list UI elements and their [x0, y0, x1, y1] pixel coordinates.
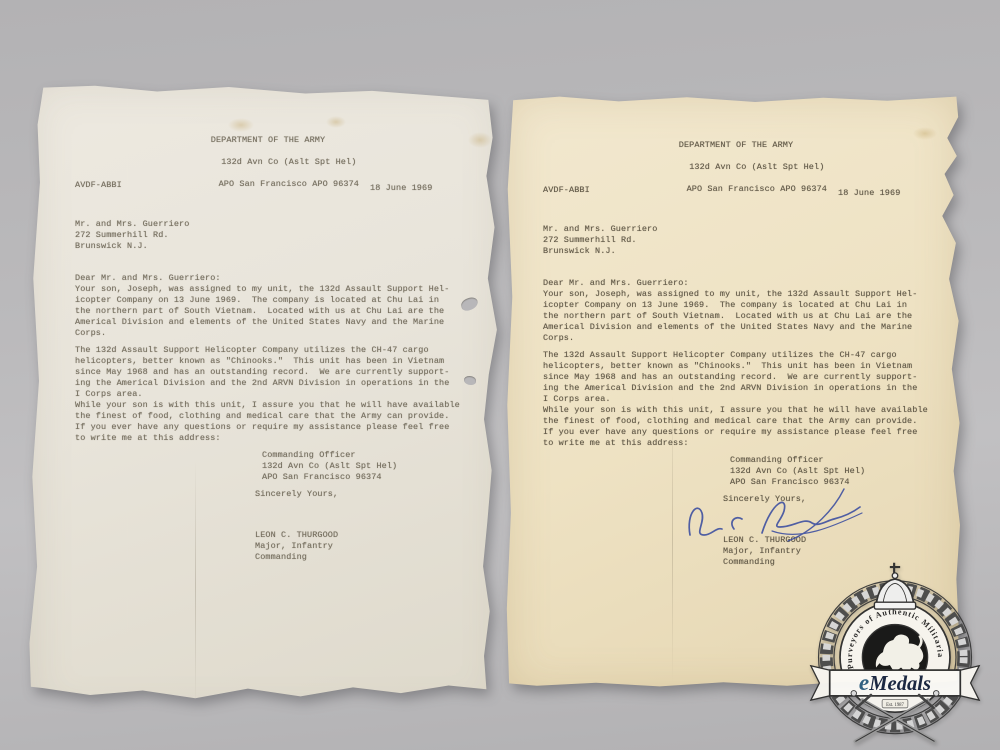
letterhead-unit: 132d Avn Co (Aslt Spt Hel): [689, 162, 824, 172]
salutation: Dear Mr. and Mrs. Guerriero:: [75, 273, 221, 284]
letter-date: 18 June 1969: [370, 183, 432, 194]
letterhead-department: DEPARTMENT OF THE ARMY: [679, 140, 793, 150]
body-paragraph-2: The 132d Assault Support Helicopter Comp…: [543, 350, 917, 405]
letterhead-apo: APO San Francisco APO 96374: [219, 179, 359, 189]
body-paragraph-1: Your son, Joseph, was assigned to my uni…: [75, 284, 449, 339]
brand-rest: Medals: [868, 673, 931, 695]
recipient-address: Mr. and Mrs. Guerriero 272 Summerhill Rd…: [543, 224, 657, 257]
handwritten-signature: [676, 483, 881, 555]
left-letter-body: DEPARTMENT OF THE ARMY 132d Avn Co (Aslt…: [28, 80, 506, 720]
letterhead-apo: APO San Francisco APO 96374: [687, 184, 827, 194]
return-address: Commanding Officer 132d Avn Co (Aslt Spt…: [262, 450, 397, 483]
body-paragraph-3: While your son is with this unit, I assu…: [543, 405, 928, 449]
body-paragraph-3: While your son is with this unit, I assu…: [75, 400, 460, 444]
salutation: Dear Mr. and Mrs. Guerriero:: [543, 278, 689, 289]
letterhead: DEPARTMENT OF THE ARMY 132d Avn Co (Aslt…: [118, 135, 418, 190]
established-label: Est. 1987: [882, 699, 908, 708]
body-paragraph-2: The 132d Assault Support Helicopter Comp…: [75, 345, 449, 400]
left-letter-paper: DEPARTMENT OF THE ARMY 132d Avn Co (Aslt…: [28, 80, 506, 720]
brand-wordmark: eMedals: [859, 670, 931, 696]
signature-block: LEON C. THURGOOD Major, Infantry Command…: [255, 530, 338, 563]
office-symbol: AVDF-ABBI: [75, 180, 122, 191]
ribbon-banner: eMedals: [811, 666, 979, 700]
letter-date: 18 June 1969: [838, 188, 900, 199]
paper-hole: [464, 376, 476, 385]
left-letter-document: DEPARTMENT OF THE ARMY 132d Avn Co (Aslt…: [28, 80, 506, 720]
letterhead-unit: 132d Avn Co (Aslt Spt Hel): [221, 157, 356, 167]
product-photo: { "scene": { "background_color": "#b9b8b…: [0, 0, 1000, 750]
recipient-address: Mr. and Mrs. Guerriero 272 Summerhill Rd…: [75, 219, 189, 252]
letterhead-department: DEPARTMENT OF THE ARMY: [211, 135, 325, 145]
body-paragraph-1: Your son, Joseph, was assigned to my uni…: [543, 289, 917, 344]
established-text: Est. 1987: [886, 703, 904, 708]
closing: Sincerely Yours,: [255, 489, 338, 500]
emedals-watermark: Purveyors of Authentic Militaria eMedals…: [809, 561, 981, 750]
letterhead: DEPARTMENT OF THE ARMY 132d Avn Co (Aslt…: [586, 140, 886, 195]
office-symbol: AVDF-ABBI: [543, 185, 590, 196]
brand-initial: e: [859, 670, 869, 696]
